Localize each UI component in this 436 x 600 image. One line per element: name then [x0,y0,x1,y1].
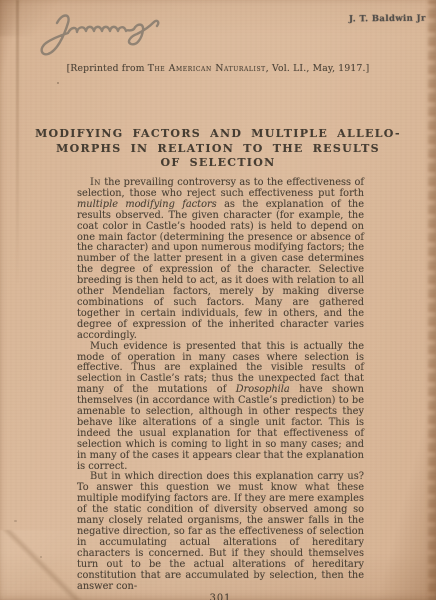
paragraph: In the prevailing controversy as to the … [77,178,364,342]
page-number: 301 [77,594,364,600]
paper-speck [14,520,17,522]
owner-stamp: J. T. Baldwin Jr [349,14,426,25]
handwritten-signature [30,10,180,62]
title-line-1: MODIFYING FACTORS AND MULTIPLE ALLELO- [0,127,436,142]
text-segment: the prevailing controversy as to the eff… [77,177,364,199]
reprint-notice: [Reprinted from The American Naturalist,… [0,63,436,74]
text-segment: Drosophila [236,384,290,395]
title-line-2: MORPHS IN RELATION TO THE RESULTS [0,142,436,157]
text-segment: multiple modifying factors [77,199,217,210]
paper-speck [40,556,42,558]
article-title: MODIFYING FACTORS AND MULTIPLE ALLELO- M… [0,127,436,171]
paper-speck [57,82,59,84]
reprint-suffix: , Vol. LI., May, 1917.] [266,63,370,74]
paper-right-edge [428,0,436,600]
reprint-prefix: [Reprinted from [67,63,148,74]
paragraph: But in which direction does this explana… [77,472,364,592]
text-segment: In [90,177,101,188]
journal-name: The American Naturalist [148,63,266,74]
text-segment: But in which direction does this explana… [77,471,364,591]
text-segment: as the explanation of the results observ… [77,199,364,341]
body-text: In the prevailing controversy as to the … [77,178,364,600]
paper-bottomleft-fold [0,530,84,600]
scanned-reprint-page: J. T. Baldwin Jr [Reprinted from The Ame… [0,0,436,600]
title-line-3: OF SELECTION [0,156,436,171]
paragraph: Much evidence is presented that this is … [77,342,364,473]
text-segment: have shown themselves (in accordance wit… [77,384,364,471]
